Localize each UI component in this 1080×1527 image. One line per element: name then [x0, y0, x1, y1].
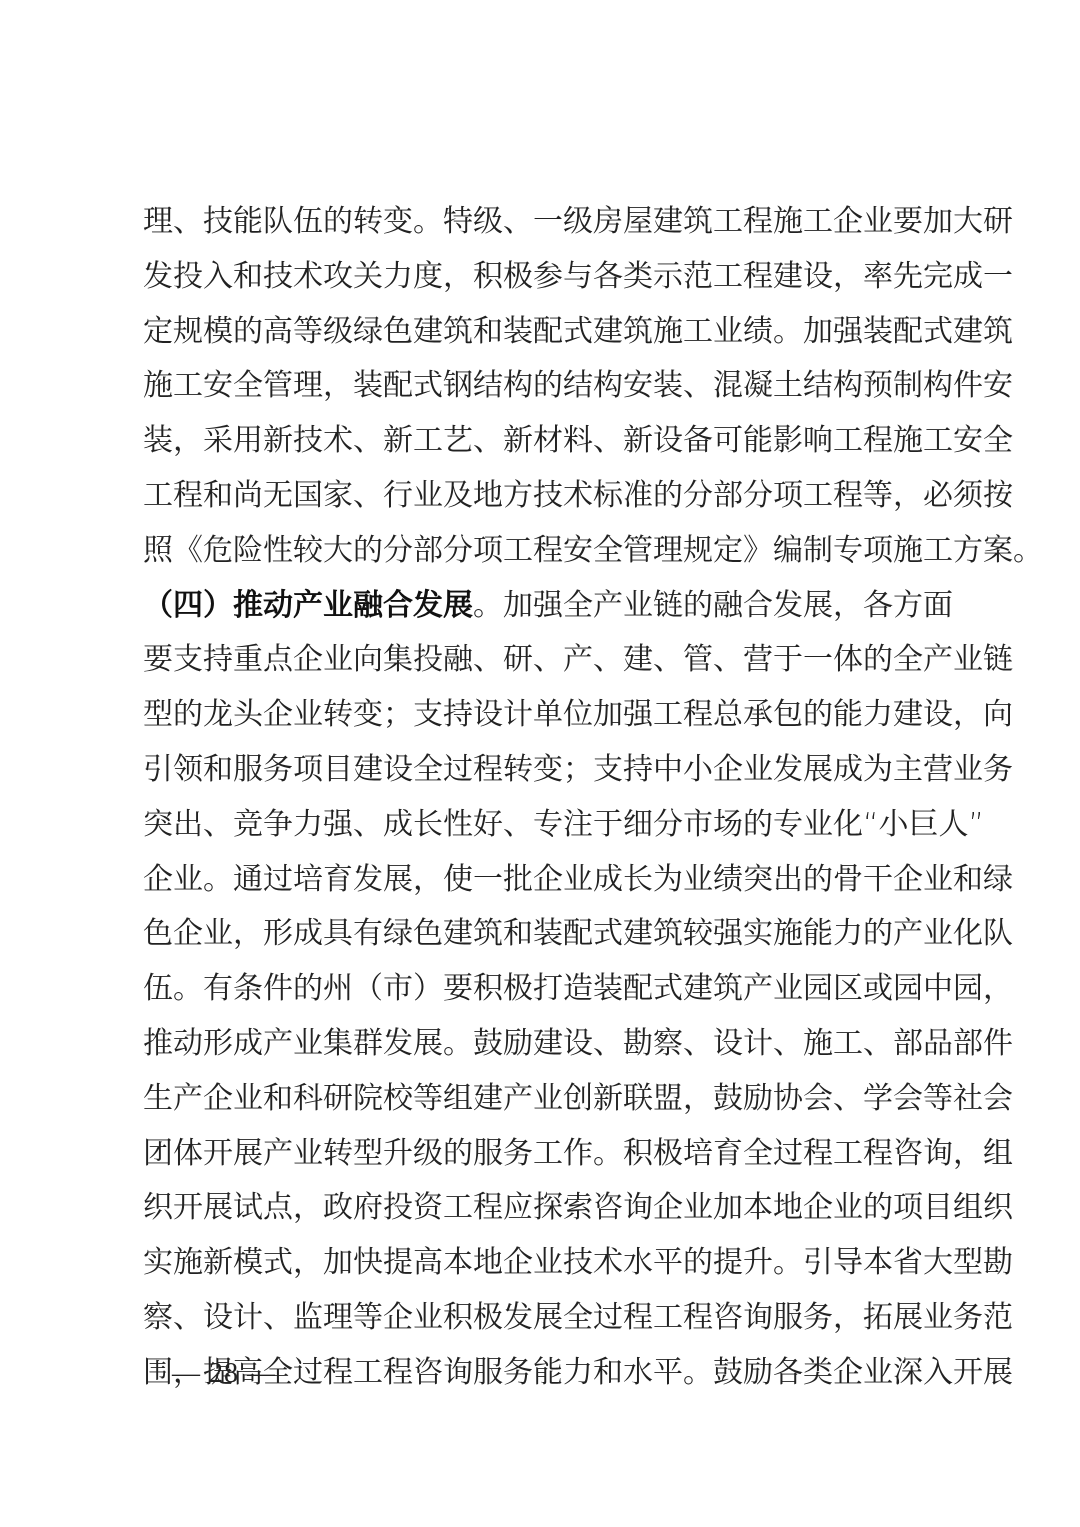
text-line: 型的龙头企业转变；支持设计单位加强工程总承包的能力建设，向 [143, 688, 949, 743]
section-heading-line: （四）推动产业融合发展。加强全产业链的融合发展，各方面 [143, 579, 949, 634]
section-heading: （四）推动产业融合发展 [143, 588, 473, 623]
text-line: 实施新模式，加快提高本地企业技术水平的提升。引导本省大型勘 [143, 1236, 949, 1291]
text-line: 装，采用新技术、新工艺、新材料、新设备可能影响工程施工安全 [143, 414, 949, 469]
text-line: 发投入和技术攻关力度，积极参与各类示范工程建设，率先完成一 [143, 250, 949, 305]
document-page: 理、技能队伍的转变。特级、一级房屋建筑工程施工企业要加大研 发投入和技术攻关力度… [0, 0, 1080, 1527]
text-line: 生产企业和科研院校等组建产业创新联盟，鼓励协会、学会等社会 [143, 1072, 949, 1127]
document-body: 理、技能队伍的转变。特级、一级房屋建筑工程施工企业要加大研 发投入和技术攻关力度… [143, 195, 949, 1401]
text-line: 突出、竞争力强、成长性好、专注于细分市场的专业化“小巨人” [143, 798, 949, 853]
text-line: 工程和尚无国家、行业及地方技术标准的分部分项工程等，必须按 [143, 469, 949, 524]
text-line: 推动形成产业集群发展。鼓励建设、勘察、设计、施工、部品部件 [143, 1017, 949, 1072]
text-line: 色企业，形成具有绿色建筑和装配式建筑较强实施能力的产业化队 [143, 907, 949, 962]
text-line: 企业。通过培育发展，使一批企业成长为业绩突出的骨干企业和绿 [143, 853, 949, 908]
text-line: 理、技能队伍的转变。特级、一级房屋建筑工程施工企业要加大研 [143, 195, 949, 250]
text-line: 照《危险性较大的分部分项工程安全管理规定》编制专项施工方案。 [143, 524, 949, 579]
section-first-line-text: 。加强全产业链的融合发展，各方面 [473, 588, 953, 623]
page-number: — 28 — [172, 1358, 276, 1390]
text-line: 察、设计、监理等企业积极发展全过程工程咨询服务，拓展业务范 [143, 1291, 949, 1346]
text-line: 团体开展产业转型升级的服务工作。积极培育全过程工程咨询，组 [143, 1127, 949, 1182]
text-line: 施工安全管理，装配式钢结构的结构安装、混凝土结构预制构件安 [143, 359, 949, 414]
text-line: 定规模的高等级绿色建筑和装配式建筑施工业绩。加强装配式建筑 [143, 305, 949, 360]
text-line: 织开展试点，政府投资工程应探索咨询企业加本地企业的项目组织 [143, 1181, 949, 1236]
text-line: 要支持重点企业向集投融、研、产、建、管、营于一体的全产业链 [143, 633, 949, 688]
text-line: 伍。有条件的州（市）要积极打造装配式建筑产业园区或园中园， [143, 962, 949, 1017]
text-line: 引领和服务项目建设全过程转变；支持中小企业发展成为主营业务 [143, 743, 949, 798]
